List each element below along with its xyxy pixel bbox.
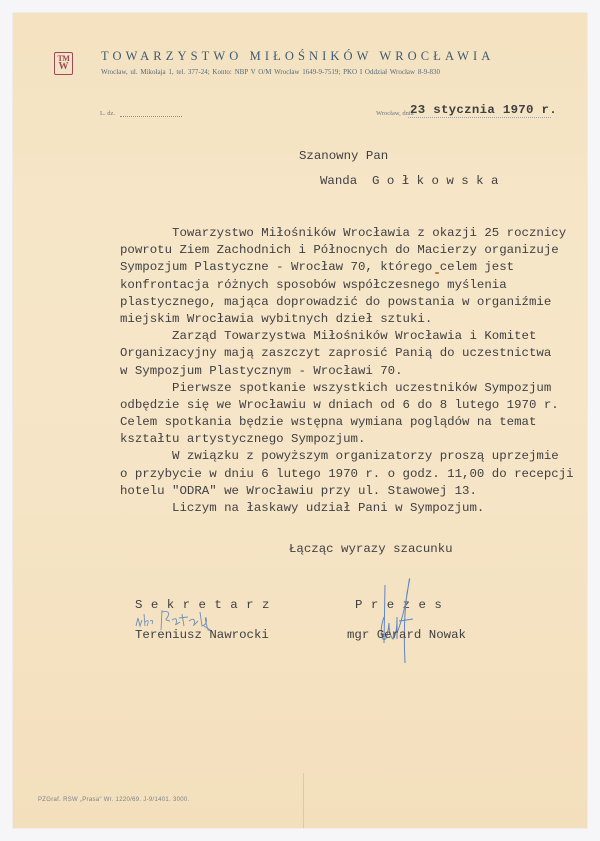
tmw-logo-icon: TM W <box>54 52 73 75</box>
printer-imprint: PZGraf. RSW „Prasa" Wr. 1220/69. J-9/140… <box>38 797 189 803</box>
body-line: odbędzie się we Wrocławiu w dniach od 6 … <box>120 397 574 414</box>
letter-paper: TM W TOWARZYSTWO MIŁOŚNIKÓW WROCŁAWIA Wr… <box>13 13 587 828</box>
body-line: o przybycie w dniu 6 lutego 1970 r. o go… <box>120 466 574 483</box>
body-line: Sympozjum Plastyczne - Wrocław 70, które… <box>120 259 574 276</box>
reference-number-field <box>120 116 182 117</box>
body-line: Zarząd Towarzystwa Miłośników Wrocławia … <box>120 328 574 345</box>
recipient-name: Wanda G o ł k o w s k a <box>320 174 498 188</box>
date-prefix: Wrocław, dnia <box>376 110 414 117</box>
body-line: powrotu Ziem Zachodnich i Północnych do … <box>120 242 574 259</box>
body-line: konfrontacja różnych sposobów współczesn… <box>120 277 574 294</box>
body-line: Celem spotkania będzie wstępna wymiana p… <box>120 414 574 431</box>
body-line: Towarzystwo Miłośników Wrocławia z okazj… <box>120 225 574 242</box>
body-line: hotelu "ODRA" we Wrocławiu przy ul. Staw… <box>120 483 574 500</box>
letter-body: Towarzystwo Miłośników Wrocławia z okazj… <box>120 225 574 517</box>
body-line: kształtu artystycznego Sympozjum. <box>120 431 574 448</box>
body-line: Organizacyjny mają zaszczyt zaprosić Pan… <box>120 345 574 362</box>
body-line: W związku z powyższym organizatorzy pros… <box>120 448 574 465</box>
organization-address: Wrocław, ul. Mikołaja 1, tel. 377-24; Ko… <box>101 68 440 76</box>
logo-sub-initial: W <box>55 62 72 71</box>
body-line: w Sympozjum Plastycznym - Wrocławi 70. <box>120 363 574 380</box>
letter-date: 23 stycznia 1970 r. <box>410 103 557 117</box>
ink-mark <box>435 272 439 274</box>
body-line: Liczym na łaskawy udział Pani w Sympozju… <box>120 500 574 517</box>
organization-name: TOWARZYSTWO MIŁOŚNIKÓW WROCŁAWIA <box>101 49 494 64</box>
president-name: mgr Gerard Nowak <box>347 628 466 642</box>
president-signature-icon <box>375 573 425 663</box>
closing-phrase: Łącząc wyrazy szacunku <box>289 542 453 556</box>
reference-number-label: L. dz. <box>100 110 115 117</box>
body-line: plastycznego, mająca doprowadzić do pows… <box>120 294 574 311</box>
body-line: miejskim Wrocławia wybitnych dzieł sztuk… <box>120 311 574 328</box>
salutation: Szanowny Pan <box>299 149 388 163</box>
body-line: Pierwsze spotkanie wszystkich uczestnikó… <box>120 380 574 397</box>
date-field-line <box>408 117 551 118</box>
secretary-name: Tereniusz Nawrocki <box>135 628 269 642</box>
